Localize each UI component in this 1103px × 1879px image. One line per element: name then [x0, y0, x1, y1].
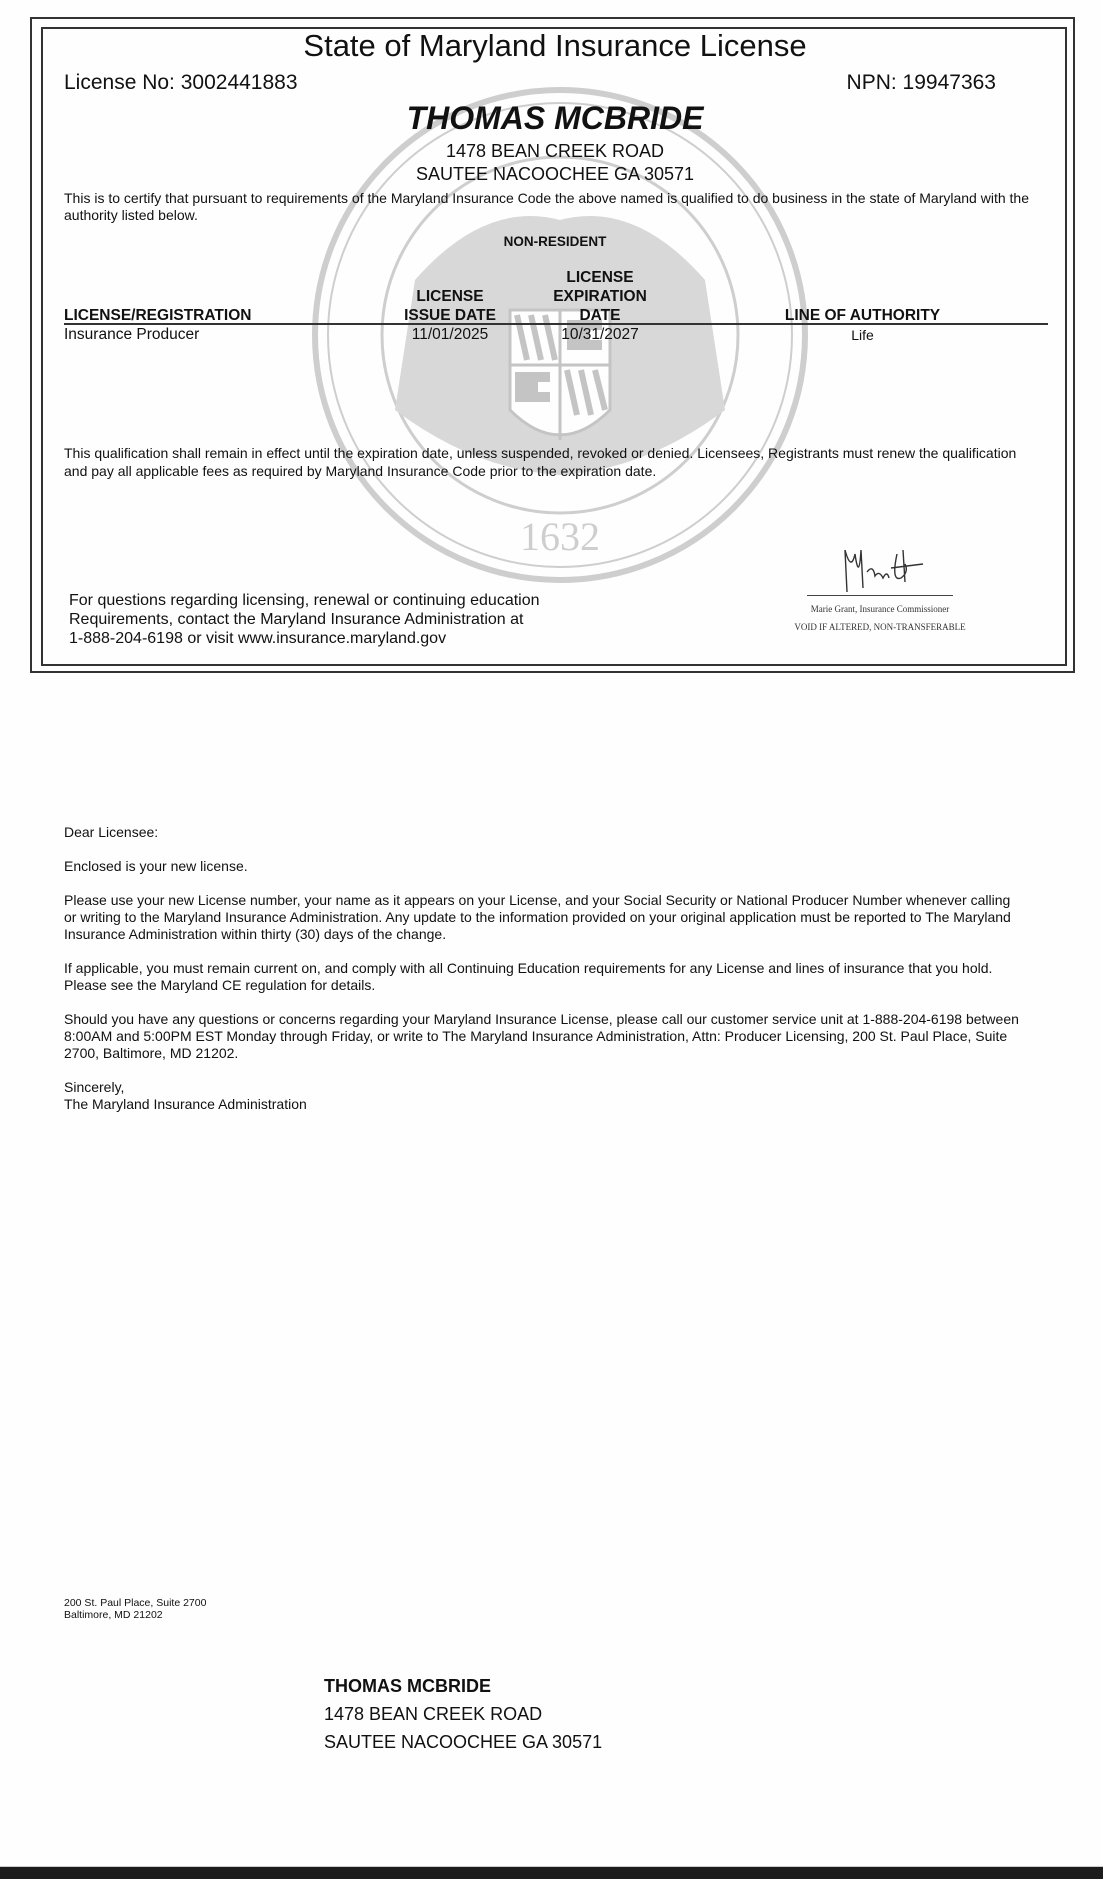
qualification-statement: This qualification shall remain in effec…	[64, 444, 1024, 480]
letter-closing: Sincerely, The Maryland Insurance Admini…	[64, 1079, 1024, 1113]
return-address-line1: 200 St. Paul Place, Suite 2700	[64, 1597, 206, 1609]
license-holder-address-line2: SAUTEE NACOOCHEE GA 30571	[0, 164, 1103, 185]
letter-salutation: Dear Licensee:	[64, 824, 1024, 841]
residency-status: NON-RESIDENT	[0, 234, 1103, 249]
npn-number: NPN: 19947363	[847, 71, 996, 95]
signature-line	[807, 595, 953, 596]
contact-info: For questions regarding licensing, renew…	[69, 591, 589, 648]
cell-registration: Insurance Producer	[64, 326, 199, 344]
void-notice: VOID IF ALTERED, NON-TRANSFERABLE	[790, 622, 970, 632]
license-number: License No: 3002441883	[64, 71, 298, 95]
contact-line2: Requirements, contact the Maryland Insur…	[69, 610, 589, 629]
header-expiration-date: LICENSE EXPIRATION DATE	[540, 268, 660, 325]
signer-name: Marie Grant, Insurance Commissioner	[790, 604, 970, 614]
header-exp-line1: LICENSE	[540, 268, 660, 287]
commissioner-signature-icon	[805, 542, 955, 597]
seal-year: 1632	[520, 514, 600, 559]
cell-expiration-date: 10/31/2027	[540, 326, 660, 344]
table-header-divider	[64, 323, 1048, 325]
license-holder-name: THOMAS MCBRIDE	[0, 100, 1103, 137]
letter-paragraph: If applicable, you must remain current o…	[64, 960, 1024, 994]
header-issue-date: LICENSE ISSUE DATE	[390, 287, 510, 325]
cell-line-of-authority: Life	[760, 327, 965, 343]
return-address-line2: Baltimore, MD 21202	[64, 1609, 206, 1621]
letter-paragraph: Enclosed is your new license.	[64, 858, 1024, 875]
bottom-bar	[0, 1866, 1103, 1879]
cell-issue-date: 11/01/2025	[390, 326, 510, 344]
letter-paragraph: Please use your new License number, your…	[64, 892, 1024, 943]
recipient-address-line2: SAUTEE NACOOCHEE GA 30571	[324, 1728, 602, 1756]
license-holder-address-line1: 1478 BEAN CREEK ROAD	[0, 141, 1103, 162]
contact-line3: 1-888-204-6198 or visit www.insurance.ma…	[69, 629, 589, 648]
recipient-address-line1: 1478 BEAN CREEK ROAD	[324, 1700, 602, 1728]
header-exp-line2: EXPIRATION	[540, 287, 660, 306]
closing-text: Sincerely,	[64, 1079, 1024, 1096]
recipient-name: THOMAS MCBRIDE	[324, 1672, 602, 1700]
contact-line1: For questions regarding licensing, renew…	[69, 591, 589, 610]
sender-name: The Maryland Insurance Administration	[64, 1096, 1024, 1113]
header-issue-date-line1: LICENSE	[390, 287, 510, 306]
return-address: 200 St. Paul Place, Suite 2700 Baltimore…	[64, 1597, 206, 1621]
letter-paragraph: Should you have any questions or concern…	[64, 1011, 1024, 1062]
recipient-address: THOMAS MCBRIDE 1478 BEAN CREEK ROAD SAUT…	[324, 1672, 602, 1756]
certification-statement: This is to certify that pursuant to requ…	[64, 190, 1034, 224]
license-title: State of Maryland Insurance License	[0, 28, 1103, 64]
